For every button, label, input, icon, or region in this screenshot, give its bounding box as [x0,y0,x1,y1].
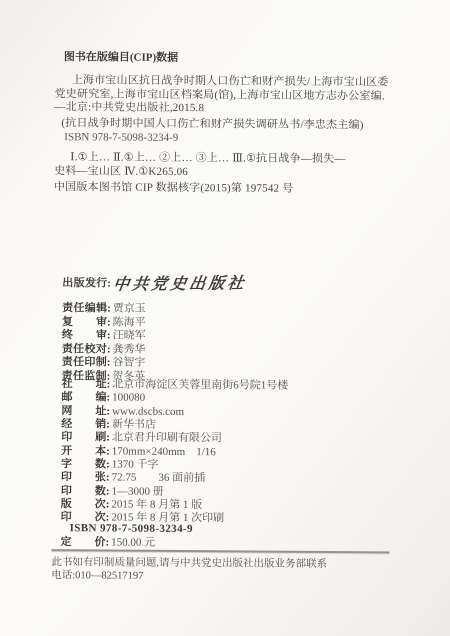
cip-classification: Ⅰ.①上… Ⅱ.①上… ②上… ③上… Ⅲ.①抗日战争—损失— 史料—宝山区 Ⅳ… [54,151,346,180]
colophon-label: 邮编 [61,391,106,405]
colophon-label: 印刷 [61,431,106,445]
cip-isbn: ISBN 978-7-5098-3234-9 [64,131,178,145]
price-label: 定价 [60,536,105,550]
colophon-label: 开本 [61,445,106,459]
colophon-row: 印张:72.75 36 面前插 [61,471,205,486]
colophon-value: 1370 千字 [112,459,159,471]
staff-value: 陈海平 [113,317,146,329]
colophon-row: 经销:新华书店 [61,418,156,432]
staff-label: 终审 [62,329,107,343]
staff-value: 汪晓军 [113,330,146,342]
colophon-row: 印刷:北京君升印刷有限公司 [61,431,222,446]
cip-description-line3: —北京:中共党史出版社,2015.8 [54,101,388,117]
colophon-label: 社址 [62,378,107,392]
phone-number: 电话:010—82517197 [51,569,143,583]
cip-classification-line1: Ⅰ.①上… Ⅱ.①上… ②上… ③上… Ⅲ.①抗日战争—损失— [54,151,346,167]
colophon-label: 版次 [61,498,106,512]
publisher-row: 出版发行:中共党史出版社 [62,276,246,292]
price-value: 150.00 元 [111,537,155,549]
colophon-label: 字数 [61,458,106,472]
publisher-label: 出版发行 [62,277,107,291]
colophon-value: 新华书店 [112,419,156,431]
scanned-content: 图书在版编目(CIP)数据 上海市宝山区抗日战争时期人口伤亡和财产损失/上海市宝… [0,0,450,636]
copyright-page: 图书在版编目(CIP)数据 上海市宝山区抗日战争时期人口伤亡和财产损失/上海市宝… [0,0,450,636]
cip-heading: 图书在版编目(CIP)数据 [64,51,178,65]
colophon-value: 170mm×240mm 1/16 [112,446,216,459]
staff-value: 龚秀华 [112,344,145,356]
staff-label: 复审 [62,316,107,330]
staff-label: 责任印制 [62,356,107,370]
staff-value: 贾京玉 [113,303,146,315]
staff-row: 责任印制:谷智宇 [62,356,146,370]
staff-row: 复审:陈海平 [62,316,146,330]
staff-value: 谷智宇 [112,357,145,369]
colophon-value: 100080 [112,392,145,404]
divider-line [51,549,389,553]
colophon-value: www.dscbs.com [112,406,184,419]
colophon-value: 北京市海淀区芙蓉里南街6号院1号楼 [112,379,288,392]
cip-record-number: 中国版本图书馆 CIP 数据核字(2015)第 197542 号 [54,181,294,196]
colophon-label: 网址 [61,405,106,419]
colophon-row: 字数:1370 千字 [61,458,159,472]
staff-row: 终审:汪晓军 [62,329,146,343]
publisher-name: 中共党史出版社 [112,276,247,291]
colophon-row: 邮编:100080 [61,391,145,405]
colophon-value: 北京君升印刷有限公司 [112,432,222,445]
colophon-row: 印数:1—3000 册 [61,485,164,499]
colophon-label: 经销 [61,418,106,432]
series-note: (抗日战争时期中国人口伤亡和财产损失调研丛书/李忠杰主编) [61,117,363,133]
colophon-label: 印数 [61,485,106,499]
staff-row: 责任校对:龚秀华 [62,343,146,357]
colophon-label: 印张 [61,471,106,485]
cip-description: 上海市宝山区抗日战争时期人口伤亡和财产损失/上海市宝山区委 党史研究室,上海市宝… [54,74,388,117]
colophon-value: 2015 年 8 月第 1 版 [111,499,202,512]
staff-label: 责任编辑 [62,302,107,316]
colophon-value: 1—3000 册 [111,486,163,498]
isbn-line: ISBN 978-7-5098-3234-9 [70,522,193,536]
colophon-value: 72.75 36 面前插 [112,472,206,485]
staff-row: 责任编辑:贾京玉 [62,302,146,316]
staff-label: 责任校对 [62,343,107,357]
price-row: 定价:150.00 元 [60,536,155,550]
cip-classification-line2: 史料—宝山区 Ⅳ.①K265.06 [54,165,346,181]
